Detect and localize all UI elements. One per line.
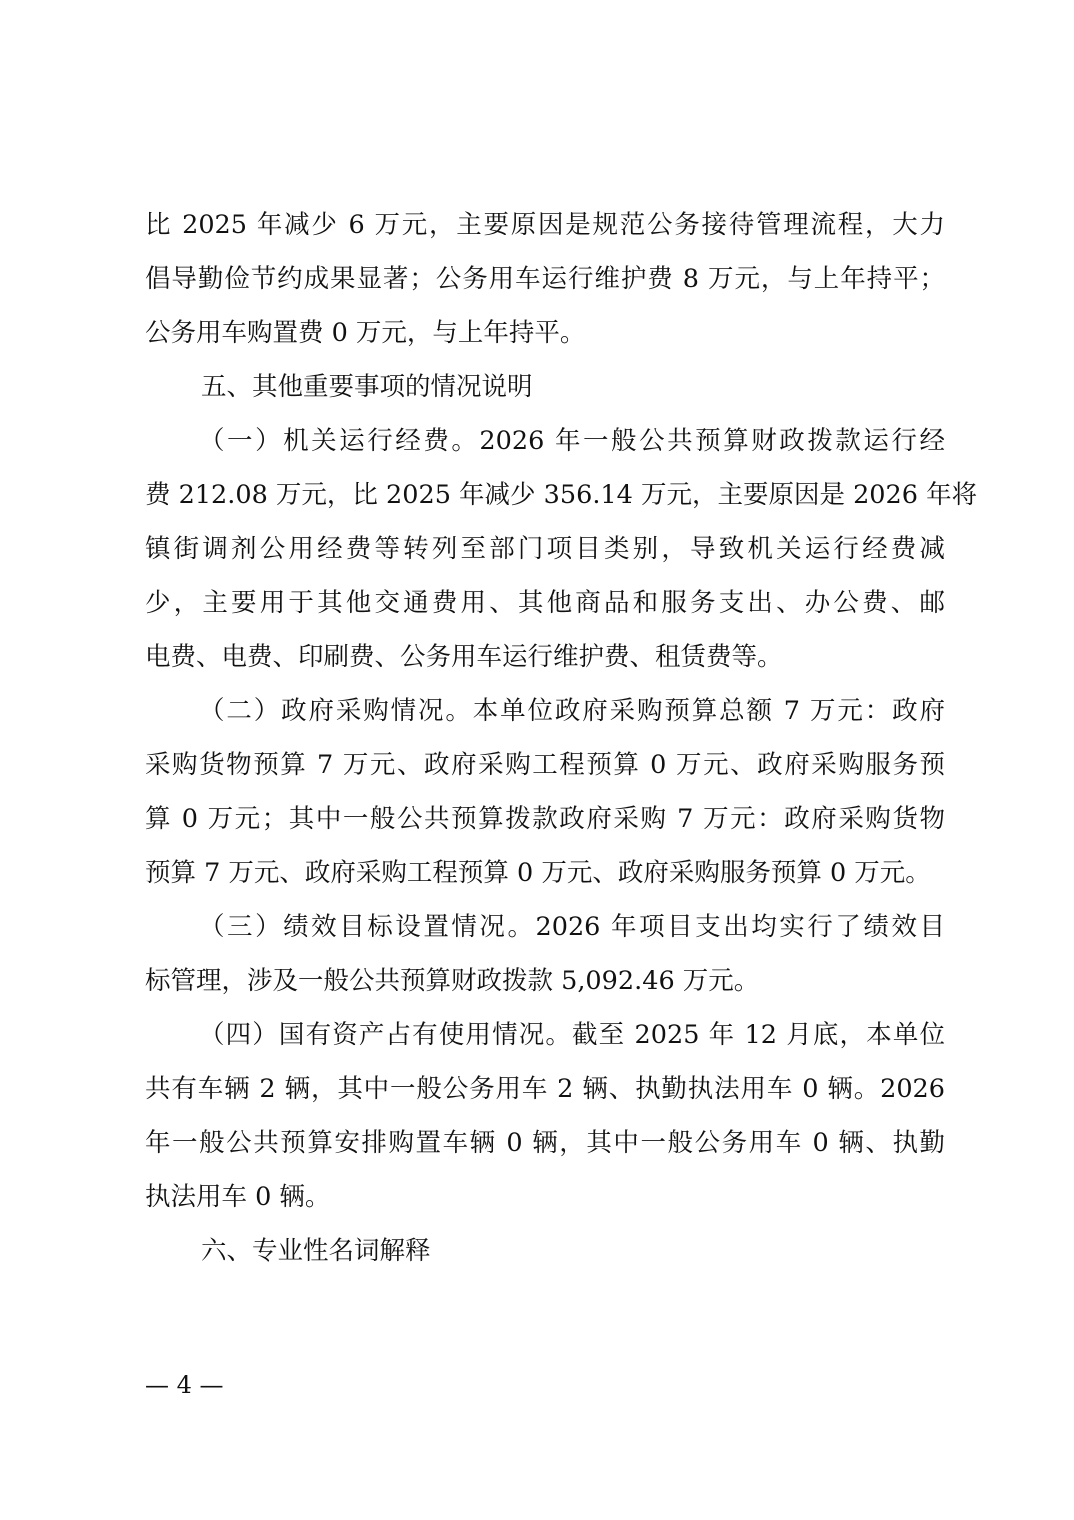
paragraph-operating-expenses: （一）机关运行经费。2026 年一般公共预算财政拨款运行经 费 212.08 万… xyxy=(145,414,945,684)
text-line: （三）绩效目标设置情况。2026 年项目支出均实行了绩效目 xyxy=(145,900,945,954)
text-line: 年一般公共预算安排购置车辆 0 辆，其中一般公务用车 0 辆、执勤 xyxy=(145,1116,945,1170)
text-line: 采购货物预算 7 万元、政府采购工程预算 0 万元、政府采购服务预 xyxy=(145,738,945,792)
section-heading-six: 六、专业性名词解释 xyxy=(145,1224,945,1278)
text-line: 倡导勤俭节约成果显著；公务用车运行维护费 8 万元，与上年持平； xyxy=(145,252,945,306)
text-line: 少，主要用于其他交通费用、其他商品和服务支出、办公费、邮 xyxy=(145,576,945,630)
continuation-paragraph: 比 2025 年减少 6 万元，主要原因是规范公务接待管理流程，大力 倡导勤俭节… xyxy=(145,198,945,360)
text-line: 镇街调剂公用经费等转列至部门项目类别，导致机关运行经费减 xyxy=(145,522,945,576)
text-line: 费 212.08 万元，比 2025 年减少 356.14 万元，主要原因是 2… xyxy=(145,468,945,522)
document-page: 比 2025 年减少 6 万元，主要原因是规范公务接待管理流程，大力 倡导勤俭节… xyxy=(0,0,1074,1520)
text-line: （一）机关运行经费。2026 年一般公共预算财政拨款运行经 xyxy=(145,414,945,468)
document-body: 比 2025 年减少 6 万元，主要原因是规范公务接待管理流程，大力 倡导勤俭节… xyxy=(145,198,945,1278)
text-line: 公务用车购置费 0 万元，与上年持平。 xyxy=(145,306,945,360)
text-line: 共有车辆 2 辆，其中一般公务用车 2 辆、执勤执法用车 0 辆。2026 xyxy=(145,1062,945,1116)
paragraph-performance-targets: （三）绩效目标设置情况。2026 年项目支出均实行了绩效目 标管理，涉及一般公共… xyxy=(145,900,945,1008)
paragraph-government-procurement: （二）政府采购情况。本单位政府采购预算总额 7 万元：政府 采购货物预算 7 万… xyxy=(145,684,945,900)
text-line: 执法用车 0 辆。 xyxy=(145,1170,945,1224)
paragraph-state-assets: （四）国有资产占有使用情况。截至 2025 年 12 月底，本单位 共有车辆 2… xyxy=(145,1008,945,1224)
text-line: （四）国有资产占有使用情况。截至 2025 年 12 月底，本单位 xyxy=(145,1008,945,1062)
text-line: 算 0 万元；其中一般公共预算拨款政府采购 7 万元：政府采购货物 xyxy=(145,792,945,846)
text-line: 标管理，涉及一般公共预算财政拨款 5,092.46 万元。 xyxy=(145,954,945,1008)
page-number: — 4 — xyxy=(145,1370,224,1400)
section-heading-five: 五、其他重要事项的情况说明 xyxy=(145,360,945,414)
text-line: （二）政府采购情况。本单位政府采购预算总额 7 万元：政府 xyxy=(145,684,945,738)
text-line: 电费、电费、印刷费、公务用车运行维护费、租赁费等。 xyxy=(145,630,945,684)
text-line: 预算 7 万元、政府采购工程预算 0 万元、政府采购服务预算 0 万元。 xyxy=(145,846,945,900)
text-line: 比 2025 年减少 6 万元，主要原因是规范公务接待管理流程，大力 xyxy=(145,198,945,252)
